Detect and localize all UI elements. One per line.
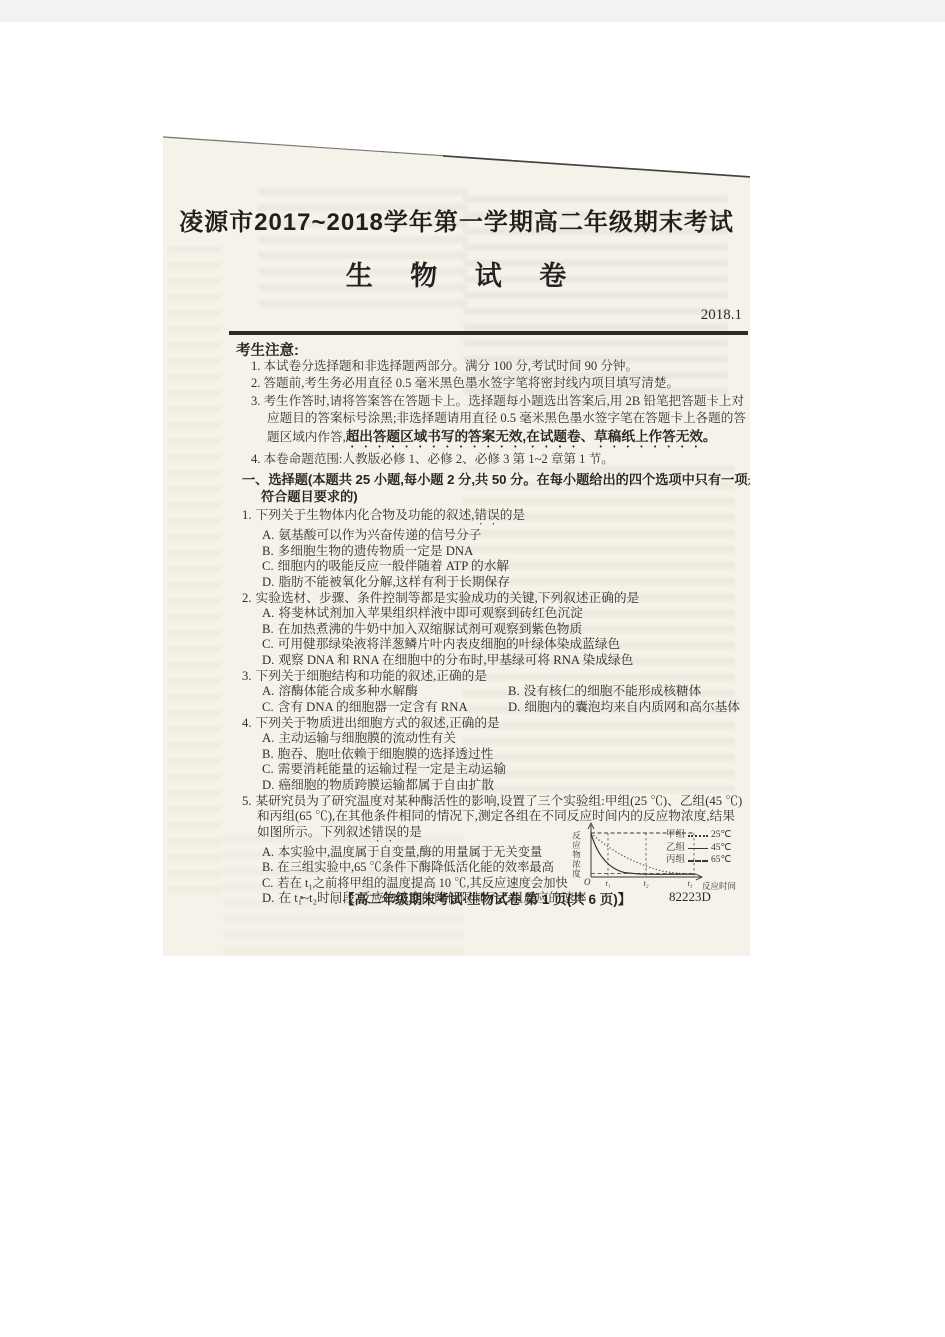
option-list: A.本实验中,温度属于自变量,酶的用量属于无关变量 B.在三组实验中,65 ℃条… [242,845,580,892]
notice-text: 本卷命题范围:人教版必修 1、必修 2、必修 3 第 1~2 章第 1 节。 [263,452,613,466]
dashed-line-swatch-icon [688,860,708,862]
notice-item-1: 1.本试卷分选择题和非选择题两部分。满分 100 分,考试时间 90 分钟。 [251,358,749,375]
notice-item-3: 3.考生作答时,请将答案答在答题卡上。选择题每小题选出答案后,用 2B 铅笔把答… [251,393,749,451]
option-a: A.溶酶体能合成多种水解酶 [262,684,508,700]
stem-text: 实验选材、步骤、条件控制等都是实验成功的关键,下列叙述正确的是 [256,591,640,605]
stem-text: 的是 [500,508,525,522]
question-4: 4.下列关于物质进出细胞方式的叙述,正确的是 A.主动运输与细胞膜的流动性有关 … [242,716,744,794]
section-heading: 一、选择题(本题共 25 小题,每小题 2 分,共 50 分。在每小题给出的四个… [242,472,766,505]
option-text: 将斐林试剂加入苹果组织样液中即可观察到砖红色沉淀 [278,606,583,620]
stem-text: 下列关于细胞结构和功能的叙述,正确的是 [256,669,488,683]
stem-emphasis: 错误 [371,825,396,839]
option-label: C. [262,876,273,890]
notice-number: 4. [251,452,260,466]
notice-number: 1. [251,359,260,373]
stem-text: 下列关于物质进出细胞方式的叙述,正确的是 [256,716,500,730]
dotted-line-swatch-icon [688,835,708,837]
question-number: 4. [242,716,252,730]
x-tick-t1: t₁ [605,879,610,888]
option-label: B. [262,860,273,874]
question-stem: 3.下列关于细胞结构和功能的叙述,正确的是 [242,669,744,685]
notice-number: 2. [251,376,260,390]
option-text: 观察 DNA 和 RNA 在细胞中的分布时,甲基绿可将 RNA 染成绿色 [278,653,633,667]
exam-date: 2018.1 [701,307,742,324]
scanner-top-band [0,0,945,22]
option-text: 没有核仁的细胞不能形成核糖体 [524,684,702,698]
option-d: D.观察 DNA 和 RNA 在细胞中的分布时,甲基绿可将 RNA 染成绿色 [262,653,744,669]
option-list: A.氨基酸可以作为兴奋传递的信号分子 B.多细胞生物的遗传物质一定是 DNA C… [242,528,744,590]
option-d: D.细胞内的囊泡均来自内质网和高尔基体 [508,700,744,716]
ink-speck [300,896,303,899]
scanned-exam-page: 凌源市2017~2018学年第一学期高二年级期末考试 生 物 试 卷 2018.… [0,0,945,1337]
option-c: C.含有 DNA 的细胞器一定含有 RNA [262,700,508,716]
option-text: 脂肪不能被氧化分解,这样有利于长期保存 [278,575,510,589]
legend-entry-bingzu: 丙组65℃ [666,855,731,868]
notice-item-4: 4.本卷命题范围:人教版必修 1、必修 2、必修 3 第 1~2 章第 1 节。 [251,451,749,468]
exam-paper-sheet: 凌源市2017~2018学年第一学期高二年级期末考试 生 物 试 卷 2018.… [163,136,750,956]
notice-text: 本试卷分选择题和非选择题两部分。满分 100 分,考试时间 90 分钟。 [263,359,638,373]
option-a: A.将斐林试剂加入苹果组织样液中即可观察到砖红色沉淀 [262,606,744,622]
option-a: A.本实验中,温度属于自变量,酶的用量属于无关变量 [262,845,580,861]
option-text: 氨基酸可以作为兴奋传递的信号分子 [278,528,481,542]
legend-series-name: 丙组 [666,853,685,869]
question-number: 5. [242,794,252,808]
option-list: A.溶酶体能合成多种水解酶 B.没有核仁的细胞不能形成核糖体 C.含有 DNA … [242,684,744,715]
question-number: 3. [242,669,252,683]
option-label: C. [262,700,274,714]
option-c: C.需要消耗能量的运输过程一定是主动运输 [262,762,744,778]
paper-edge-line [163,137,750,176]
option-label: A. [262,845,274,859]
x-tick-t2: t₂ [643,879,648,888]
option-text: 本实验中,温度属于自变量,酶的用量属于无关变量 [278,845,542,859]
question-list: 1.下列关于生物体内化合物及功能的叙述,错误的是 A.氨基酸可以作为兴奋传递的信… [242,508,744,907]
stem-text: 的是 [397,825,422,839]
option-text: 在三组实验中,65 ℃条件下酶降低活化能的效率最高 [277,860,554,874]
divider-rule [229,331,748,335]
question-number: 1. [242,508,252,522]
option-label: D. [262,653,274,667]
option-label: C. [262,637,274,651]
option-text: 多细胞生物的遗传物质一定是 DNA [278,544,474,558]
option-d: D.脂肪不能被氧化分解,这样有利于长期保存 [262,575,744,591]
option-text: 细胞内的囊泡均来自内质网和高尔基体 [524,700,740,714]
paper-code: 82223D [669,889,711,905]
page-footer: 【高二年级期末考试·生物试卷 第 1 页(共 6 页)】 [341,888,631,908]
chart-legend: 甲组25℃ 乙组45℃ 丙组65℃ [666,830,731,868]
notice-item-2: 2.答题前,考生务必用直径 0.5 毫米黑色墨水签字笔将密封线内项目填写清楚。 [251,375,749,392]
option-label: B. [262,622,274,636]
option-c: C.可用健那绿染液将洋葱鳞片叶内表皮细胞的叶绿体染成蓝绿色 [262,637,744,653]
question-stem: 2.实验选材、步骤、条件控制等都是实验成功的关键,下列叙述正确的是 [242,591,744,607]
option-list: A.主动运输与细胞膜的流动性有关 B.胞吞、胞吐依赖于细胞膜的选择透过性 C.需… [242,731,744,793]
option-b: B.胞吞、胞吐依赖于细胞膜的选择透过性 [262,747,744,763]
option-text: 癌细胞的物质跨膜运输都属于自由扩散 [278,778,494,792]
option-b: B.在加热煮沸的牛奶中加入双缩脲试剂可观察到紫色物质 [262,622,744,638]
option-text: 主动运输与细胞膜的流动性有关 [278,731,456,745]
option-text: 胞吞、胞吐依赖于细胞膜的选择透过性 [278,747,494,761]
option-label: C. [262,762,274,776]
option-label: C. [262,559,274,573]
question-number: 2. [242,591,252,605]
notice-text: 答题前,考生务必用直径 0.5 毫米黑色墨水签字笔将密封线内项目填写清楚。 [263,376,679,390]
option-d: D.癌细胞的物质跨膜运输都属于自由扩散 [262,778,744,794]
option-text: 需要消耗能量的运输过程一定是主动运输 [278,762,506,776]
paper-top-edge-shadow [163,136,750,180]
option-text: 细胞内的吸能反应一般伴随着 ATP 的水解 [278,559,509,573]
option-label: B. [262,747,274,761]
origin-label: O [584,877,591,887]
exam-title: 凌源市2017~2018学年第一学期高二年级期末考试 [163,202,750,237]
paper-edge-dark-line [443,156,750,177]
option-label: D. [262,575,274,589]
solid-line-swatch-icon [688,848,708,849]
legend-series-temp: 65℃ [711,853,731,869]
option-a: A.主动运输与细胞膜的流动性有关 [262,731,744,747]
x-tick-t3: t₃ [687,879,692,888]
question-2: 2.实验选材、步骤、条件控制等都是实验成功的关键,下列叙述正确的是 A.将斐林试… [242,591,744,669]
reaction-chart: 反应物浓度 O t₁ [562,821,752,899]
stem-emphasis: 错误 [474,508,499,522]
ink-speck [335,902,337,904]
option-c: C.细胞内的吸能反应一般伴随着 ATP 的水解 [262,559,744,575]
option-text: 溶酶体能合成多种水解酶 [278,684,418,698]
question-stem: 4.下列关于物质进出细胞方式的叙述,正确的是 [242,716,744,732]
option-b: B.多细胞生物的遗传物质一定是 DNA [262,544,744,560]
question-1: 1.下列关于生物体内化合物及功能的叙述,错误的是 A.氨基酸可以作为兴奋传递的信… [242,508,744,590]
stem-text: 下列关于生物体内化合物及功能的叙述, [256,508,475,522]
option-text: 在加热煮沸的牛奶中加入双缩脲试剂可观察到紫色物质 [278,622,583,636]
notice-emphasized-text: 超出答题区域书写的答案无效,在试题卷、草稿纸上作答无效。 [346,429,717,444]
option-list: A.将斐林试剂加入苹果组织样液中即可观察到砖红色沉淀 B.在加热煮沸的牛奶中加入… [242,606,744,668]
option-label: B. [508,684,520,698]
notice-number: 3. [251,394,260,408]
question-3: 3.下列关于细胞结构和功能的叙述,正确的是 A.溶酶体能合成多种水解酶 B.没有… [242,669,744,716]
paper-subject-title: 生 物 试 卷 [177,254,750,293]
notice-heading: 考生注意: [236,339,299,360]
option-label: A. [262,684,274,698]
option-text: 含有 DNA 的细胞器一定含有 RNA [278,700,468,714]
option-a: A.氨基酸可以作为兴奋传递的信号分子 [262,528,744,544]
option-b: B.在三组实验中,65 ℃条件下酶降低活化能的效率最高 [262,860,580,876]
option-text: 可用健那绿染液将洋葱鳞片叶内表皮细胞的叶绿体染成蓝绿色 [278,637,621,651]
option-label: D. [508,700,520,714]
question-stem: 1.下列关于生物体内化合物及功能的叙述,错误的是 [242,508,744,528]
option-label: A. [262,731,274,745]
option-label: D. [262,778,274,792]
option-b: B.没有核仁的细胞不能形成核糖体 [508,684,744,700]
notice-list: 1.本试卷分选择题和非选择题两部分。满分 100 分,考试时间 90 分钟。 2… [251,358,749,468]
bleed-through-text [169,246,221,896]
option-label: A. [262,528,274,542]
option-label: B. [262,544,274,558]
option-label: D. [262,891,274,905]
option-label: A. [262,606,274,620]
